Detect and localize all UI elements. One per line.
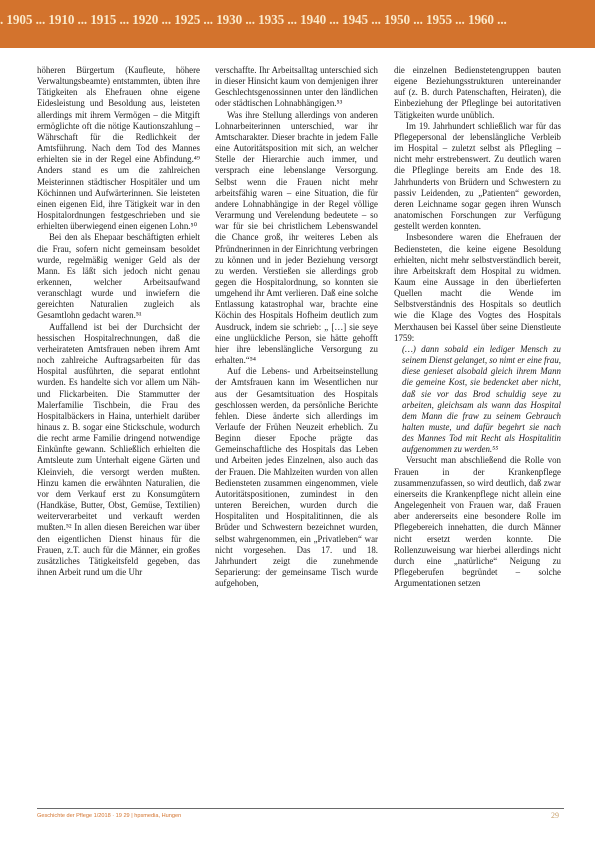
paragraph: die einzelnen Bedienstetengruppen bauten…: [394, 65, 561, 121]
paragraph: höheren Bürgertum (Kaufleute, höhere Ver…: [37, 65, 200, 232]
text-column-2: verschaffte. Ihr Arbeitsalltag unterschi…: [215, 65, 378, 589]
text-column-3: die einzelnen Bedienstetengruppen bauten…: [394, 65, 561, 589]
footer-citation: Geschichte der Pflege 1/2018 · 19 29 | h…: [37, 813, 181, 819]
timeline-header-bar: . 1905 ... 1910 ... 1915 ... 1920 ... 19…: [0, 0, 595, 48]
article-body: höheren Bürgertum (Kaufleute, höhere Ver…: [37, 65, 562, 800]
paragraph: Im 19. Jahrhundert schließlich war für d…: [394, 121, 561, 233]
footer-divider: [37, 808, 564, 809]
paragraph: Auffallend ist bei der Durchsicht der he…: [37, 322, 200, 579]
paragraph: Auf die Lebens- und Arbeitseinstellung d…: [215, 366, 378, 589]
text-column-1: höheren Bürgertum (Kaufleute, höhere Ver…: [37, 65, 200, 578]
paragraph: Versucht man abschließend die Rolle von …: [394, 455, 561, 589]
block-quote: (…) dann sobald ein lediger Mensch zu se…: [402, 344, 561, 456]
paragraph: Was ihre Stellung allerdings von anderen…: [215, 110, 378, 367]
page-number: 29: [551, 811, 559, 820]
timeline-years: . 1905 ... 1910 ... 1915 ... 1920 ... 19…: [0, 12, 595, 28]
paragraph: Bei den als Ehepaar beschäftigten erhiel…: [37, 232, 200, 321]
paragraph: Insbesondere waren die Ehefrauen der Bed…: [394, 232, 561, 344]
paragraph: verschaffte. Ihr Arbeitsalltag unterschi…: [215, 65, 378, 110]
